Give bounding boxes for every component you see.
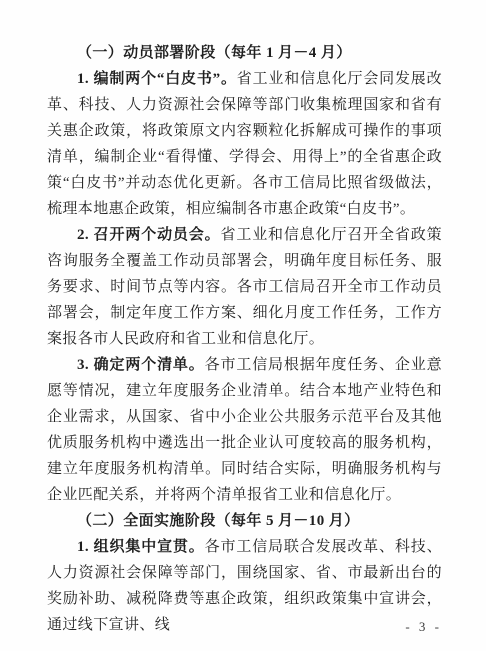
paragraph-determine-two-lists-lead: 3. 确定两个清单。 <box>77 357 205 373</box>
paragraph-hold-mobilization-meetings-text: 省工业和信息化厅召开全省政策咨询服务全覆盖工作动员部署会，明确年度目标任务、服务… <box>47 227 442 347</box>
document-page: （一）动员部署阶段（每年 1 月－4 月） 1. 编制两个“白皮书”。省工业和信… <box>0 0 486 651</box>
paragraph-hold-mobilization-meetings-lead: 2. 召开两个动员会。 <box>77 227 221 243</box>
paragraph-compile-whitepapers: 1. 编制两个“白皮书”。省工业和信息化厅会同发展改革、科技、人力资源社会保障等… <box>47 66 442 222</box>
page-number: - 3 - <box>405 619 442 635</box>
paragraph-compile-whitepapers-text: 省工业和信息化厅会同发展改革、科技、人力资源社会保障等部门收集梳理国家和省有关惠… <box>47 71 442 217</box>
paragraph-hold-mobilization-meetings: 2. 召开两个动员会。省工业和信息化厅召开全省政策咨询服务全覆盖工作动员部署会，… <box>47 222 442 352</box>
paragraph-compile-whitepapers-lead: 1. 编制两个“白皮书”。 <box>77 71 237 87</box>
paragraph-determine-two-lists: 3. 确定两个清单。各市工信局根据年度任务、企业意愿等情况，建立年度服务企业清单… <box>47 352 442 508</box>
paragraph-determine-two-lists-text: 各市工信局根据年度任务、企业意愿等情况，建立年度服务企业清单。结合本地产业特色和… <box>47 357 442 503</box>
paragraph-organize-publicity-lead: 1. 组织集中宣贯。 <box>77 539 205 555</box>
section-heading-mobilization-stage: （一）动员部署阶段（每年 1 月－4 月） <box>47 40 442 66</box>
paragraph-organize-publicity: 1. 组织集中宣贯。各市工信局联合发展改革、科技、人力资源社会保障等部门，围绕国… <box>47 534 442 638</box>
document-body: （一）动员部署阶段（每年 1 月－4 月） 1. 编制两个“白皮书”。省工业和信… <box>47 40 442 638</box>
section-heading-implementation-stage: （二）全面实施阶段（每年 5 月－10 月） <box>47 508 442 534</box>
